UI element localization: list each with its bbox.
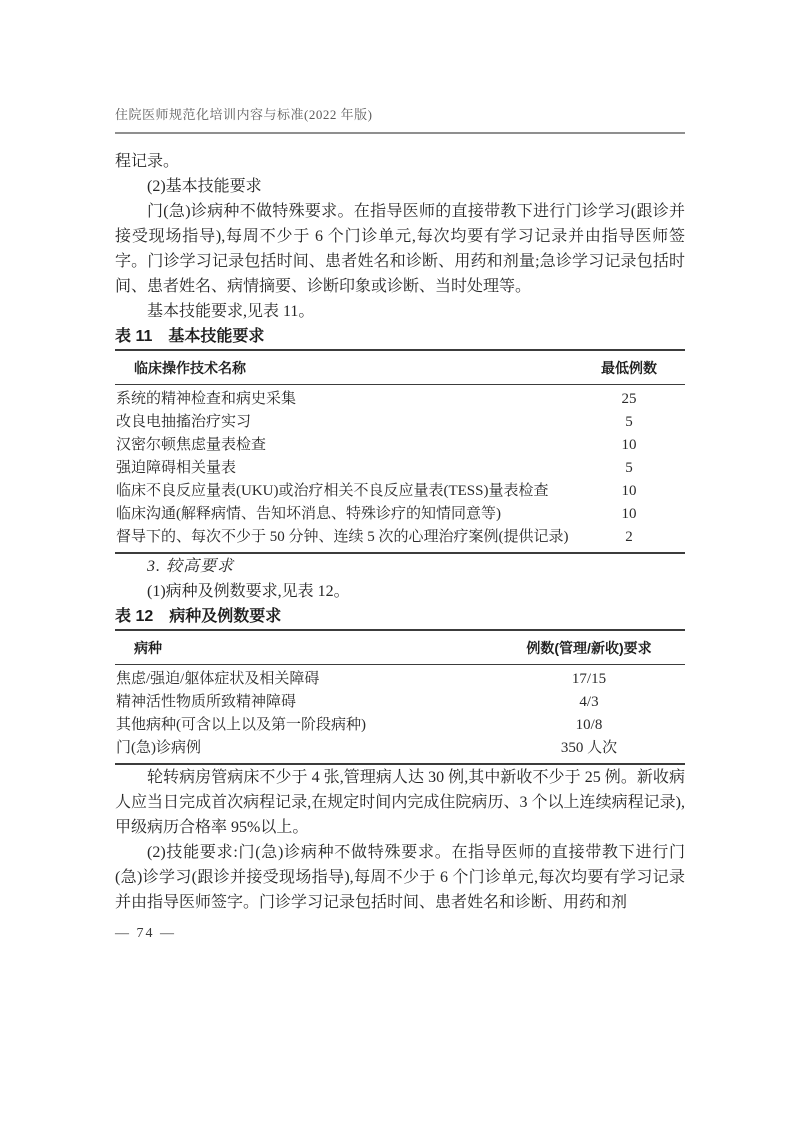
table-cell-name: 其他病种(可含以上以及第一阶段病种) <box>115 714 493 737</box>
table-header-row: 临床操作技术名称 最低例数 <box>115 350 685 385</box>
paragraph-see-table-11: 基本技能要求,见表 11。 <box>115 299 685 324</box>
table-row: 精神活性物质所致精神障碍4/3 <box>115 691 685 714</box>
table-row: 门(急)诊病例350 人次 <box>115 737 685 764</box>
column-header-disease-type: 病种 <box>115 630 493 665</box>
paragraph-see-table-12: (1)病种及例数要求,见表 12。 <box>115 579 685 604</box>
table-cell-name: 临床不良反应量表(UKU)或治疗相关不良反应量表(TESS)量表检查 <box>115 480 573 503</box>
table-header-row: 病种 例数(管理/新收)要求 <box>115 630 685 665</box>
table-cell-name: 焦虑/强迫/躯体症状及相关障碍 <box>115 665 493 692</box>
table-cell-name: 精神活性物质所致精神障碍 <box>115 691 493 714</box>
table-disease-case-requirements: 病种 例数(管理/新收)要求 焦虑/强迫/躯体症状及相关障碍17/15精神活性物… <box>115 629 685 765</box>
column-header-skill-name: 临床操作技术名称 <box>115 350 573 385</box>
table-cell-name: 督导下的、每次不少于 50 分钟、连续 5 次的心理治疗案例(提供记录) <box>115 526 573 553</box>
table-cell-value: 25 <box>573 385 685 412</box>
table-row: 临床沟通(解释病情、告知坏消息、特殊诊疗的知情同意等)10 <box>115 503 685 526</box>
table-cell-value: 10 <box>573 434 685 457</box>
paragraph-skill-requirements: (2)技能要求:门(急)诊病种不做特殊要求。在指导医师的直接带教下进行门(急)诊… <box>115 840 685 915</box>
table-cell-name: 门(急)诊病例 <box>115 737 493 764</box>
paragraph-continuation: 程记录。 <box>115 149 685 174</box>
section-heading-higher-requirements: 3. 较高要求 <box>115 554 685 579</box>
table-cell-value: 10/8 <box>493 714 685 737</box>
table-cell-value: 5 <box>573 411 685 434</box>
table-cell-name: 临床沟通(解释病情、告知坏消息、特殊诊疗的知情同意等) <box>115 503 573 526</box>
body-text: 程记录。 (2)基本技能要求 门(急)诊病种不做特殊要求。在指导医师的直接带教下… <box>115 149 685 915</box>
paragraph-outpatient-requirements: 门(急)诊病种不做特殊要求。在指导医师的直接带教下进行门诊学习(跟诊并接受现场指… <box>115 199 685 299</box>
table-row: 汉密尔顿焦虑量表检查10 <box>115 434 685 457</box>
paragraph-ward-rotation: 轮转病房管病床不少于 4 张,管理病人达 30 例,其中新收不少于 25 例。新… <box>115 765 685 840</box>
table-basic-skill-requirements: 临床操作技术名称 最低例数 系统的精神检查和病史采集25改良电抽搐治疗实习5汉密… <box>115 349 685 554</box>
running-header: 住院医师规范化培训内容与标准(2022 年版) <box>115 104 685 134</box>
table-cell-value: 350 人次 <box>493 737 685 764</box>
table-row: 督导下的、每次不少于 50 分钟、连续 5 次的心理治疗案例(提供记录)2 <box>115 526 685 553</box>
table-cell-name: 强迫障碍相关量表 <box>115 457 573 480</box>
page-number: — 74 — <box>115 926 685 942</box>
table-cell-value: 2 <box>573 526 685 553</box>
table-11-caption: 表 11 基本技能要求 <box>115 324 685 349</box>
table-cell-name: 改良电抽搐治疗实习 <box>115 411 573 434</box>
table-12-caption: 表 12 病种及例数要求 <box>115 604 685 629</box>
table-cell-value: 10 <box>573 480 685 503</box>
table-row: 改良电抽搐治疗实习5 <box>115 411 685 434</box>
running-header-title: 住院医师规范化培训内容与标准(2022 年版) <box>115 107 372 122</box>
column-header-min-cases: 最低例数 <box>573 350 685 385</box>
column-header-case-count: 例数(管理/新收)要求 <box>493 630 685 665</box>
document-page: 住院医师规范化培训内容与标准(2022 年版) 程记录。 (2)基本技能要求 门… <box>0 0 800 1131</box>
table-row: 强迫障碍相关量表5 <box>115 457 685 480</box>
table-cell-value: 10 <box>573 503 685 526</box>
table-cell-value: 17/15 <box>493 665 685 692</box>
table-cell-name: 汉密尔顿焦虑量表检查 <box>115 434 573 457</box>
table-row: 临床不良反应量表(UKU)或治疗相关不良反应量表(TESS)量表检查10 <box>115 480 685 503</box>
table-cell-name: 系统的精神检查和病史采集 <box>115 385 573 412</box>
table-row: 其他病种(可含以上以及第一阶段病种)10/8 <box>115 714 685 737</box>
table-cell-value: 5 <box>573 457 685 480</box>
table-row: 系统的精神检查和病史采集25 <box>115 385 685 412</box>
table-row: 焦虑/强迫/躯体症状及相关障碍17/15 <box>115 665 685 692</box>
table-cell-value: 4/3 <box>493 691 685 714</box>
paragraph-basic-skill-heading: (2)基本技能要求 <box>115 174 685 199</box>
